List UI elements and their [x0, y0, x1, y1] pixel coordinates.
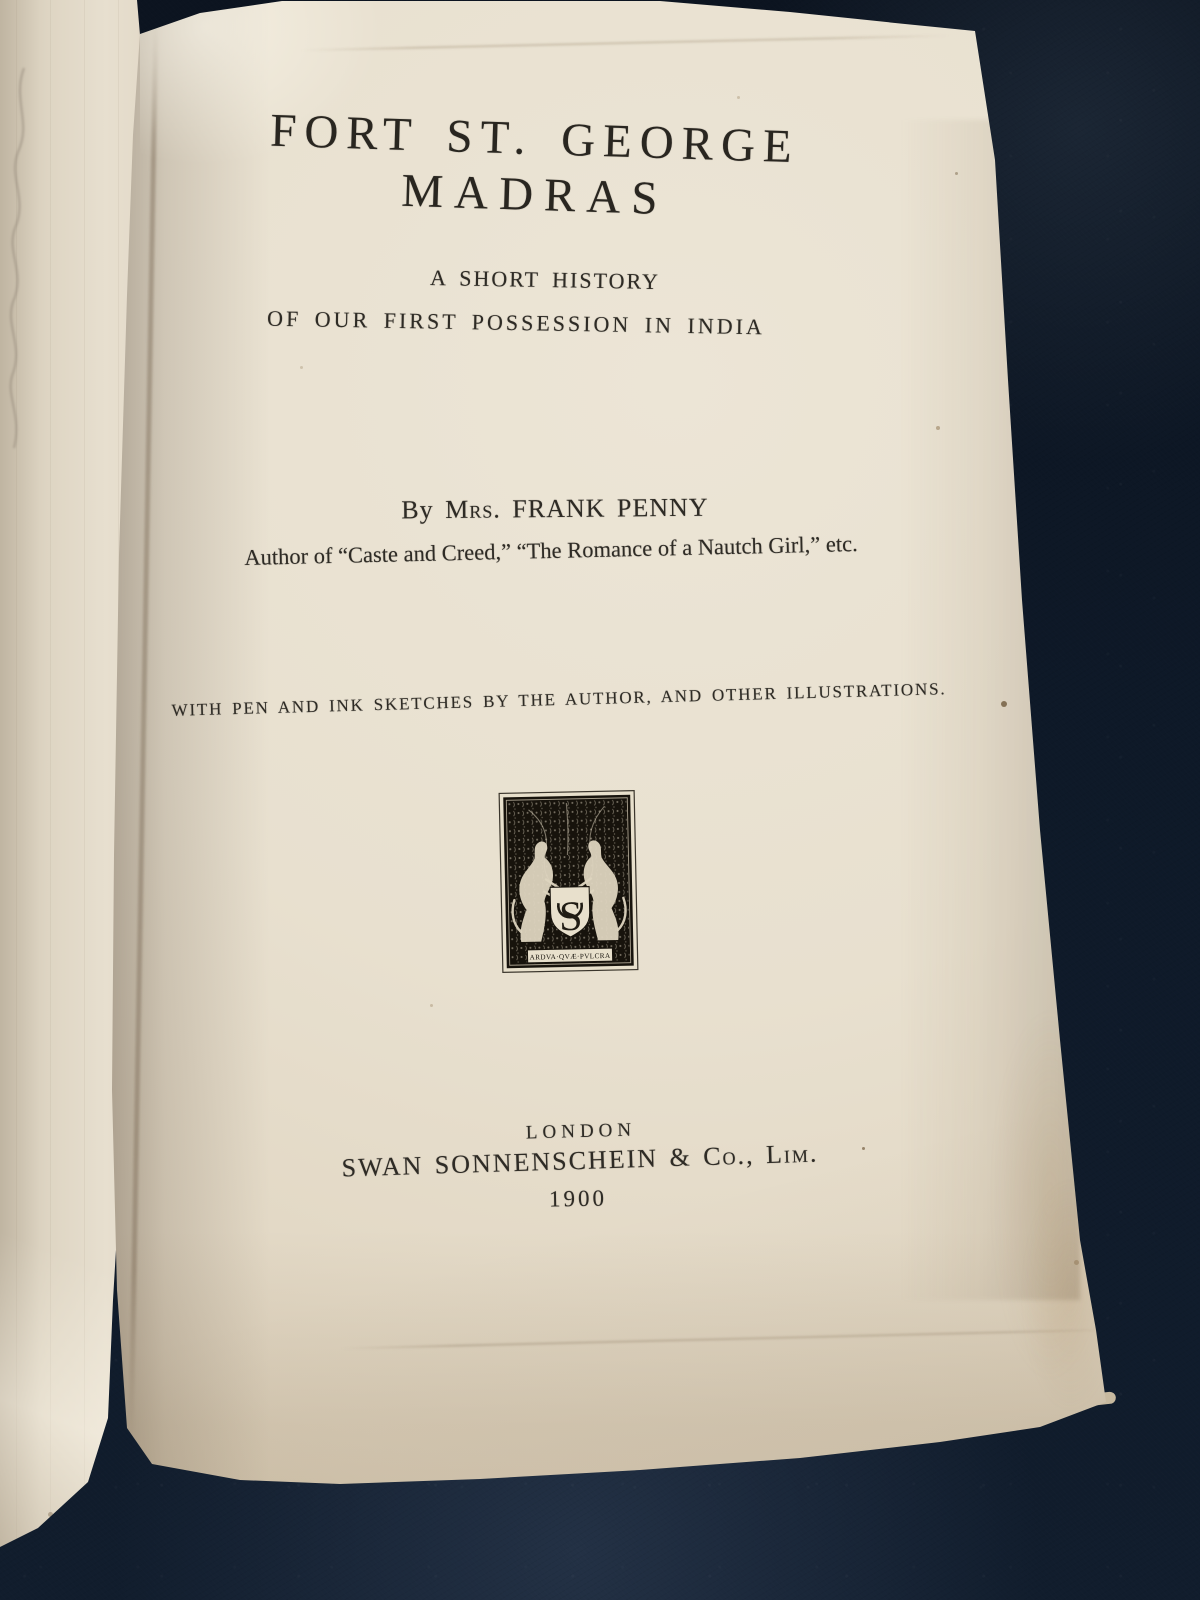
publisher-device: S ARDVA·QVÆ·PVLCRA	[498, 790, 639, 974]
byline: By Mrs. FRANK PENNY	[105, 490, 1005, 528]
foxing-spot	[936, 426, 940, 430]
device-motto: ARDVA·QVÆ·PVLCRA	[530, 952, 612, 962]
byline-by: By	[401, 495, 434, 524]
foxing-spot	[300, 366, 303, 369]
byline-honorific: Mrs.	[445, 494, 501, 523]
photo-of-book: FORT ST. GEORGE MADRAS A SHORT HISTORY O…	[0, 0, 1200, 1600]
subtitle-line2: OF OUR FIRST POSSESSION IN INDIA	[66, 302, 966, 344]
gutter-crease	[129, 20, 159, 1440]
handwriting-showthrough	[2, 60, 42, 460]
byline-name: FRANK PENNY	[512, 493, 709, 524]
illustration-note: WITH PEN AND INK SKETCHES BY THE AUTHOR,…	[109, 677, 1009, 722]
crease-line	[300, 35, 950, 52]
foxing-spot	[1001, 701, 1007, 707]
foxing-spot	[737, 96, 740, 99]
foxing-spot	[1074, 1260, 1079, 1265]
author-credit: Author of “Caste and Creed,” “The Romanc…	[101, 528, 1001, 574]
foxing-spot	[430, 1004, 433, 1007]
crease-line	[340, 1328, 1120, 1349]
subtitle-line1: A SHORT HISTORY	[95, 259, 995, 301]
